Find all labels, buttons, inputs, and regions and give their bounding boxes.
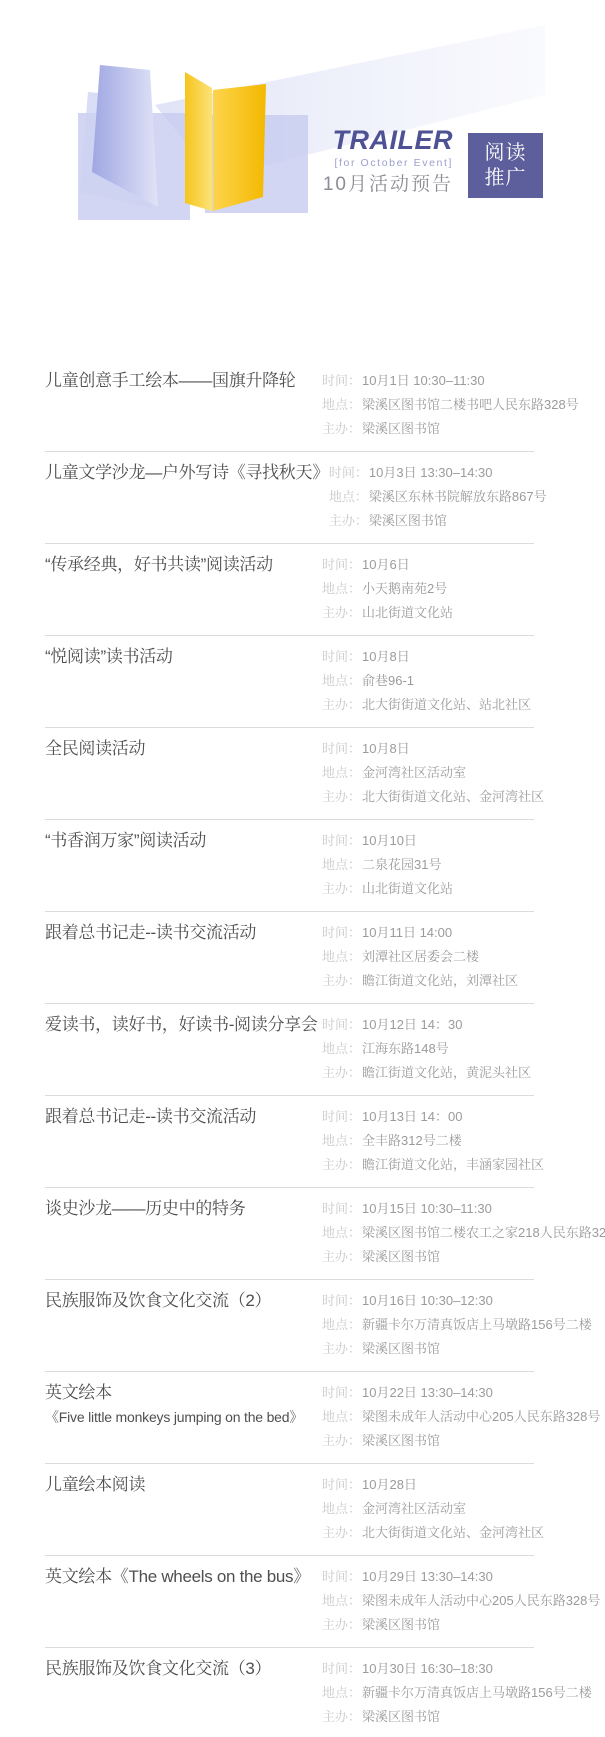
time-value: 10月12日 14：30: [362, 1013, 462, 1037]
time-label: 时间：: [329, 461, 369, 485]
event-title-column: 英文绘本《The wheels on the bus》: [45, 1565, 322, 1589]
time-label: 时间：: [322, 369, 362, 393]
event-row: 儿童绘本阅读 时间： 10月28日 地点： 金河湾社区活动室 主办： 北大街街道…: [45, 1463, 580, 1555]
event-host-line: 主办： 北大街街道文化站、金河湾社区: [322, 1521, 580, 1545]
host-value: 梁溪区图书馆: [369, 509, 447, 533]
event-row: “书香润万家”阅读活动 时间： 10月10日 地点： 二泉花园31号 主办： 山…: [45, 819, 580, 911]
event-time-line: 时间： 10月13日 14：00: [322, 1105, 580, 1129]
event-place-line: 地点： 梁溪区图书馆二楼农工之家218人民东路328号: [322, 1221, 605, 1245]
event-details: 时间： 10月12日 14：30 地点： 江海东路148号 主办： 瞻江街道文化…: [322, 1013, 580, 1085]
event-host-line: 主办： 瞻江街道文化站，丰涵家园社区: [322, 1153, 580, 1177]
host-label: 主办：: [322, 693, 362, 717]
event-title-column: 民族服饰及饮食文化交流（2）: [45, 1289, 322, 1313]
host-label: 主办：: [322, 1337, 362, 1361]
event-row: 儿童创意手工绘本——国旗升降轮 时间： 10月1日 10:30–11:30 地点…: [45, 360, 580, 451]
time-label: 时间：: [322, 1289, 362, 1313]
place-value: 金河湾社区活动室: [362, 1497, 466, 1521]
place-label: 地点：: [322, 1313, 362, 1337]
event-row: “传承经典，好书共读”阅读活动 时间： 10月6日 地点： 小天鹅南苑2号 主办…: [45, 543, 580, 635]
reading-promotion-badge: 阅读 推广: [468, 133, 543, 198]
time-label: 时间：: [322, 1565, 362, 1589]
event-place-line: 地点： 小天鹅南苑2号: [322, 577, 580, 601]
event-title: “书香润万家”阅读活动: [45, 829, 322, 853]
trailer-logo: TRAILER: [323, 127, 453, 154]
place-label: 地点：: [322, 669, 362, 693]
october-preview-title: 10月活动预告: [323, 175, 453, 194]
event-details: 时间： 10月28日 地点： 金河湾社区活动室 主办： 北大街街道文化站、金河湾…: [322, 1473, 580, 1545]
time-value: 10月28日: [362, 1473, 417, 1497]
place-value: 新疆卡尔万清真饭店上马墩路156号二楼: [362, 1681, 592, 1705]
event-place-line: 地点： 梁溪区东林书院解放东路867号: [329, 485, 580, 509]
place-value: 刘潭社区居委会二楼: [362, 945, 479, 969]
place-value: 梁溪区图书馆二楼农工之家218人民东路328号: [362, 1221, 605, 1245]
place-label: 地点：: [322, 393, 362, 417]
event-time-line: 时间： 10月16日 10:30–12:30: [322, 1289, 592, 1313]
event-time-line: 时间： 10月12日 14：30: [322, 1013, 580, 1037]
place-label: 地点：: [322, 1037, 362, 1061]
event-title-column: “悦阅读”读书活动: [45, 645, 322, 669]
event-title-column: 全民阅读活动: [45, 737, 322, 761]
place-value: 梁图未成年人活动中心205人民东路328号: [362, 1589, 600, 1613]
place-label: 地点：: [322, 577, 362, 601]
host-label: 主办：: [322, 1521, 362, 1545]
host-value: 北大街街道文化站、金河湾社区: [362, 785, 544, 809]
event-time-line: 时间： 10月8日: [322, 737, 580, 761]
event-title: 儿童文学沙龙—户外写诗《寻找秋天》: [45, 461, 329, 485]
event-title-column: 爱读书，读好书，好读书-阅读分享会: [45, 1013, 322, 1037]
place-value: 新疆卡尔万清真饭店上马墩路156号二楼: [362, 1313, 592, 1337]
event-title-column: 谈史沙龙——历史中的特务: [45, 1197, 322, 1221]
time-value: 10月1日 10:30–11:30: [362, 369, 485, 393]
time-label: 时间：: [322, 553, 362, 577]
place-label: 地点：: [322, 1497, 362, 1521]
event-title-column: 跟着总书记走--读书交流活动: [45, 1105, 322, 1129]
host-label: 主办：: [322, 969, 362, 993]
event-details: 时间： 10月22日 13:30–14:30 地点： 梁图未成年人活动中心205…: [322, 1381, 600, 1453]
place-value: 全丰路312号二楼: [362, 1129, 462, 1153]
host-label: 主办：: [322, 1613, 362, 1637]
header: TRAILER [for October Event] 10月活动预告 阅读 推…: [0, 0, 605, 235]
event-host-line: 主办： 北大街街道文化站、金河湾社区: [322, 785, 580, 809]
event-host-line: 主办： 山北街道文化站: [322, 601, 580, 625]
badge-line2: 推广: [485, 166, 527, 191]
place-label: 地点：: [322, 1405, 362, 1429]
event-details: 时间： 10月8日 地点： 俞巷96-1 主办： 北大街街道文化站、站北社区: [322, 645, 580, 717]
open-book-icon: [0, 0, 605, 235]
time-label: 时间：: [322, 921, 362, 945]
event-details: 时间： 10月15日 10:30–11:30 地点： 梁溪区图书馆二楼农工之家2…: [322, 1197, 605, 1269]
event-details: 时间： 10月6日 地点： 小天鹅南苑2号 主办： 山北街道文化站: [322, 553, 580, 625]
event-row: 全民阅读活动 时间： 10月8日 地点： 金河湾社区活动室 主办： 北大街街道文…: [45, 727, 580, 819]
time-value: 10月15日 10:30–11:30: [362, 1197, 492, 1221]
event-place-line: 地点： 全丰路312号二楼: [322, 1129, 580, 1153]
event-title: 民族服饰及饮食文化交流（2）: [45, 1289, 322, 1313]
host-value: 梁溪区图书馆: [362, 417, 440, 441]
time-value: 10月10日: [362, 829, 417, 853]
event-title-column: 儿童绘本阅读: [45, 1473, 322, 1497]
place-label: 地点：: [322, 945, 362, 969]
event-time-line: 时间： 10月29日 13:30–14:30: [322, 1565, 600, 1589]
event-row: 爱读书，读好书，好读书-阅读分享会 时间： 10月12日 14：30 地点： 江…: [45, 1003, 580, 1095]
host-label: 主办：: [322, 1153, 362, 1177]
event-place-line: 地点： 梁溪区图书馆二楼书吧人民东路328号: [322, 393, 580, 417]
event-details: 时间： 10月10日 地点： 二泉花园31号 主办： 山北街道文化站: [322, 829, 580, 901]
event-host-line: 主办： 梁溪区图书馆: [322, 1337, 592, 1361]
time-value: 10月6日: [362, 553, 410, 577]
event-title-column: 跟着总书记走--读书交流活动: [45, 921, 322, 945]
event-title-column: 儿童文学沙龙—户外写诗《寻找秋天》: [45, 461, 329, 485]
time-value: 10月3日 13:30–14:30: [369, 461, 493, 485]
event-title-line2: 《Five little monkeys jumping on the bed》: [45, 1405, 322, 1429]
event-row: 跟着总书记走--读书交流活动 时间： 10月11日 14:00 地点： 刘潭社区…: [45, 911, 580, 1003]
time-value: 10月22日 13:30–14:30: [362, 1381, 493, 1405]
place-label: 地点：: [329, 485, 369, 509]
time-value: 10月8日: [362, 737, 410, 761]
event-details: 时间： 10月16日 10:30–12:30 地点： 新疆卡尔万清真饭店上马墩路…: [322, 1289, 592, 1361]
time-label: 时间：: [322, 737, 362, 761]
event-place-line: 地点： 金河湾社区活动室: [322, 761, 580, 785]
host-label: 主办：: [322, 877, 362, 901]
event-title: 英文绘本: [45, 1381, 322, 1405]
event-details: 时间： 10月13日 14：00 地点： 全丰路312号二楼 主办： 瞻江街道文…: [322, 1105, 580, 1177]
event-title: 谈史沙龙——历史中的特务: [45, 1197, 322, 1221]
event-title: 跟着总书记走--读书交流活动: [45, 1105, 322, 1129]
time-value: 10月8日: [362, 645, 410, 669]
event-host-line: 主办： 梁溪区图书馆: [322, 1245, 605, 1269]
event-details: 时间： 10月3日 13:30–14:30 地点： 梁溪区东林书院解放东路867…: [329, 461, 580, 533]
trailer-subtitle: [for October Event]: [323, 158, 453, 169]
time-label: 时间：: [322, 1197, 362, 1221]
event-row: 谈史沙龙——历史中的特务 时间： 10月15日 10:30–11:30 地点： …: [45, 1187, 580, 1279]
host-value: 梁溪区图书馆: [362, 1613, 440, 1637]
brand-block: TRAILER [for October Event] 10月活动预告: [323, 127, 453, 194]
place-value: 江海东路148号: [362, 1037, 449, 1061]
event-time-line: 时间： 10月28日: [322, 1473, 580, 1497]
event-row: 跟着总书记走--读书交流活动 时间： 10月13日 14：00 地点： 全丰路3…: [45, 1095, 580, 1187]
event-time-line: 时间： 10月22日 13:30–14:30: [322, 1381, 600, 1405]
event-title: “悦阅读”读书活动: [45, 645, 322, 669]
host-label: 主办：: [322, 1705, 362, 1729]
event-place-line: 地点： 梁图未成年人活动中心205人民东路328号: [322, 1589, 600, 1613]
time-label: 时间：: [322, 1105, 362, 1129]
event-title-column: 英文绘本 《Five little monkeys jumping on the…: [45, 1381, 322, 1429]
time-value: 10月16日 10:30–12:30: [362, 1289, 493, 1313]
event-row: 英文绘本 《Five little monkeys jumping on the…: [45, 1371, 580, 1463]
time-label: 时间：: [322, 1473, 362, 1497]
event-host-line: 主办： 梁溪区图书馆: [322, 1429, 600, 1453]
time-label: 时间：: [322, 1381, 362, 1405]
host-label: 主办：: [322, 1245, 362, 1269]
place-label: 地点：: [322, 1681, 362, 1705]
place-value: 梁溪区东林书院解放东路867号: [369, 485, 547, 509]
time-value: 10月30日 16:30–18:30: [362, 1657, 493, 1681]
place-value: 梁溪区图书馆二楼书吧人民东路328号: [362, 393, 579, 417]
host-value: 梁溪区图书馆: [362, 1429, 440, 1453]
event-title: 全民阅读活动: [45, 737, 322, 761]
event-place-line: 地点： 刘潭社区居委会二楼: [322, 945, 580, 969]
event-title-column: 民族服饰及饮食文化交流（3）: [45, 1657, 322, 1681]
event-host-line: 主办： 梁溪区图书馆: [322, 417, 580, 441]
host-label: 主办：: [322, 1061, 362, 1085]
event-host-line: 主办： 梁溪区图书馆: [322, 1705, 592, 1729]
event-host-line: 主办： 瞻江街道文化站，刘潭社区: [322, 969, 580, 993]
event-place-line: 地点： 江海东路148号: [322, 1037, 580, 1061]
event-time-line: 时间： 10月15日 10:30–11:30: [322, 1197, 605, 1221]
place-label: 地点：: [322, 1589, 362, 1613]
event-host-line: 主办： 瞻江街道文化站，黄泥头社区: [322, 1061, 580, 1085]
host-label: 主办：: [322, 417, 362, 441]
host-value: 山北街道文化站: [362, 877, 453, 901]
time-label: 时间：: [322, 645, 362, 669]
event-place-line: 地点： 新疆卡尔万清真饭店上马墩路156号二楼: [322, 1313, 592, 1337]
event-row: “悦阅读”读书活动 时间： 10月8日 地点： 俞巷96-1 主办： 北大街街道…: [45, 635, 580, 727]
host-value: 瞻江街道文化站，刘潭社区: [362, 969, 518, 993]
event-time-line: 时间： 10月11日 14:00: [322, 921, 580, 945]
place-label: 地点：: [322, 761, 362, 785]
time-value: 10月29日 13:30–14:30: [362, 1565, 493, 1589]
event-time-line: 时间： 10月10日: [322, 829, 580, 853]
host-value: 瞻江街道文化站，黄泥头社区: [362, 1061, 531, 1085]
event-host-line: 主办： 梁溪区图书馆: [329, 509, 580, 533]
event-row: 英文绘本《The wheels on the bus》 时间： 10月29日 1…: [45, 1555, 580, 1647]
host-label: 主办：: [322, 1429, 362, 1453]
event-time-line: 时间： 10月3日 13:30–14:30: [329, 461, 580, 485]
badge-line1: 阅读: [485, 141, 527, 166]
event-host-line: 主办： 北大街街道文化站、站北社区: [322, 693, 580, 717]
time-label: 时间：: [322, 829, 362, 853]
host-value: 梁溪区图书馆: [362, 1245, 440, 1269]
host-value: 北大街街道文化站、站北社区: [362, 693, 531, 717]
event-place-line: 地点： 俞巷96-1: [322, 669, 580, 693]
place-value: 金河湾社区活动室: [362, 761, 466, 785]
host-value: 瞻江街道文化站，丰涵家园社区: [362, 1153, 544, 1177]
time-label: 时间：: [322, 1013, 362, 1037]
place-label: 地点：: [322, 1129, 362, 1153]
host-value: 北大街街道文化站、金河湾社区: [362, 1521, 544, 1545]
event-place-line: 地点： 二泉花园31号: [322, 853, 580, 877]
time-value: 10月13日 14：00: [362, 1105, 462, 1129]
event-title-column: “传承经典，好书共读”阅读活动: [45, 553, 322, 577]
event-list: 儿童创意手工绘本——国旗升降轮 时间： 10月1日 10:30–11:30 地点…: [45, 360, 580, 1737]
event-title-column: 儿童创意手工绘本——国旗升降轮: [45, 369, 322, 393]
place-value: 小天鹅南苑2号: [362, 577, 447, 601]
host-value: 梁溪区图书馆: [362, 1705, 440, 1729]
host-label: 主办：: [329, 509, 369, 533]
event-time-line: 时间： 10月6日: [322, 553, 580, 577]
host-label: 主办：: [322, 785, 362, 809]
time-label: 时间：: [322, 1657, 362, 1681]
place-label: 地点：: [322, 1221, 362, 1245]
event-details: 时间： 10月11日 14:00 地点： 刘潭社区居委会二楼 主办： 瞻江街道文…: [322, 921, 580, 993]
event-details: 时间： 10月29日 13:30–14:30 地点： 梁图未成年人活动中心205…: [322, 1565, 600, 1637]
time-value: 10月11日 14:00: [362, 921, 452, 945]
event-title: 儿童绘本阅读: [45, 1473, 322, 1497]
event-title: “传承经典，好书共读”阅读活动: [45, 553, 322, 577]
event-row: 民族服饰及饮食文化交流（2） 时间： 10月16日 10:30–12:30 地点…: [45, 1279, 580, 1371]
place-label: 地点：: [322, 853, 362, 877]
event-details: 时间： 10月30日 16:30–18:30 地点： 新疆卡尔万清真饭店上马墩路…: [322, 1657, 592, 1729]
event-details: 时间： 10月8日 地点： 金河湾社区活动室 主办： 北大街街道文化站、金河湾社…: [322, 737, 580, 809]
event-details: 时间： 10月1日 10:30–11:30 地点： 梁溪区图书馆二楼书吧人民东路…: [322, 369, 580, 441]
host-label: 主办：: [322, 601, 362, 625]
event-place-line: 地点： 新疆卡尔万清真饭店上马墩路156号二楼: [322, 1681, 592, 1705]
event-title: 爱读书，读好书，好读书-阅读分享会: [45, 1013, 322, 1037]
event-place-line: 地点： 梁图未成年人活动中心205人民东路328号: [322, 1405, 600, 1429]
event-time-line: 时间： 10月1日 10:30–11:30: [322, 369, 580, 393]
host-value: 山北街道文化站: [362, 601, 453, 625]
event-row: 儿童文学沙龙—户外写诗《寻找秋天》 时间： 10月3日 13:30–14:30 …: [45, 451, 580, 543]
event-title: 跟着总书记走--读书交流活动: [45, 921, 322, 945]
place-value: 俞巷96-1: [362, 669, 414, 693]
event-title: 英文绘本《The wheels on the bus》: [45, 1565, 322, 1589]
event-time-line: 时间： 10月8日: [322, 645, 580, 669]
event-place-line: 地点： 金河湾社区活动室: [322, 1497, 580, 1521]
place-value: 二泉花园31号: [362, 853, 441, 877]
event-title-column: “书香润万家”阅读活动: [45, 829, 322, 853]
event-time-line: 时间： 10月30日 16:30–18:30: [322, 1657, 592, 1681]
event-row: 民族服饰及饮食文化交流（3） 时间： 10月30日 16:30–18:30 地点…: [45, 1647, 580, 1737]
event-host-line: 主办： 山北街道文化站: [322, 877, 580, 901]
place-value: 梁图未成年人活动中心205人民东路328号: [362, 1405, 600, 1429]
event-title: 儿童创意手工绘本——国旗升降轮: [45, 369, 322, 393]
event-host-line: 主办： 梁溪区图书馆: [322, 1613, 600, 1637]
host-value: 梁溪区图书馆: [362, 1337, 440, 1361]
event-title: 民族服饰及饮食文化交流（3）: [45, 1657, 322, 1681]
